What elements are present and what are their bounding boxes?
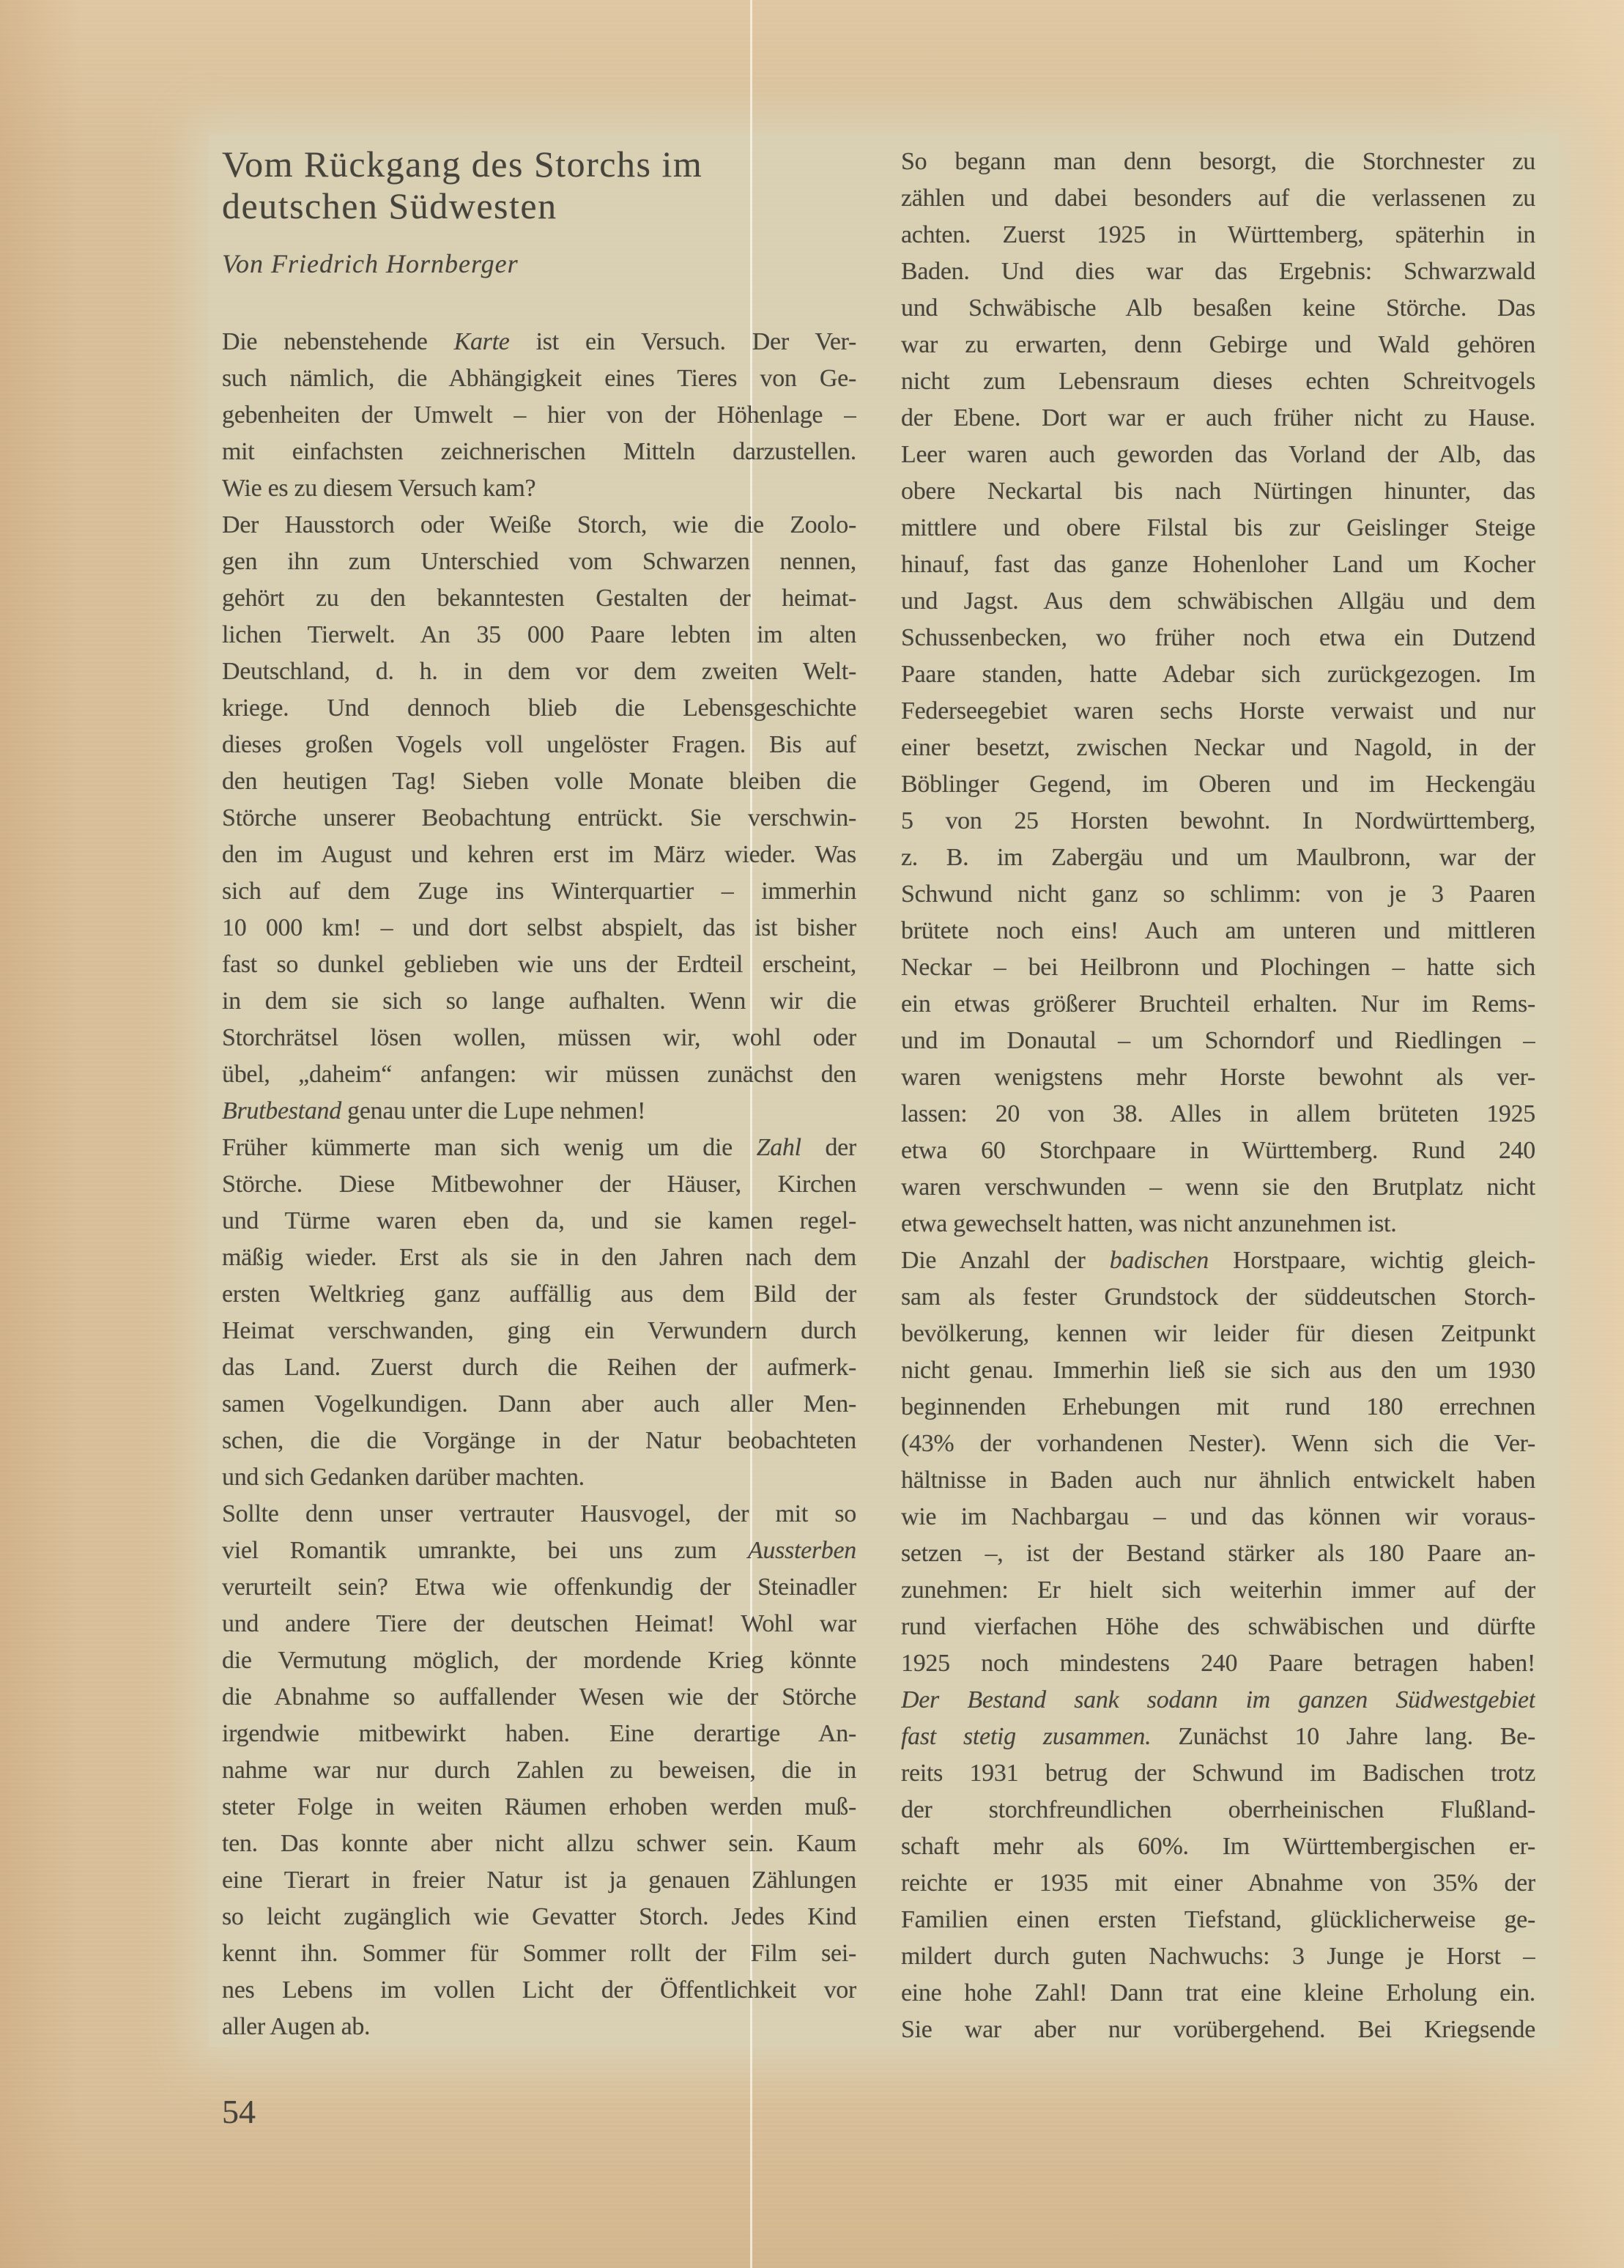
text-line: übel, „daheim“ anfangen: wir müssen zunä…: [222, 1056, 856, 1093]
text-line: Störche. Diese Mitbewohner der Häuser, K…: [222, 1166, 856, 1203]
text-line: und sich Gedanken darüber machten.: [222, 1459, 856, 1496]
text-line: ten. Das konnte aber nicht allzu schwer …: [222, 1826, 856, 1862]
text-line: nicht zum Lebensraum dieses echten Schre…: [901, 363, 1535, 400]
text-line: ersten Weltkrieg ganz auffällig aus dem …: [222, 1276, 856, 1313]
text-line: sich auf dem Zuge ins Winterquartier – i…: [222, 873, 856, 910]
text-line: mildert durch guten Nachwuchs: 3 Junge j…: [901, 1938, 1535, 1975]
text-line: gehört zu den bekanntesten Gestalten der…: [222, 580, 856, 617]
text-line: etwa 60 Storchpaare in Württemberg. Rund…: [901, 1133, 1535, 1169]
text-line: hältnisse in Baden auch nur ähnlich entw…: [901, 1462, 1535, 1499]
text-line: such nämlich, die Abhängigkeit eines Tie…: [222, 360, 856, 397]
text-line: setzen –, ist der Bestand stärker als 18…: [901, 1535, 1535, 1572]
text-line: reichte er 1935 mit einer Abnahme von 35…: [901, 1865, 1535, 1902]
text-line: das Land. Zuerst durch die Reihen der au…: [222, 1349, 856, 1386]
text-line: Die nebenstehende Karte ist ein Versuch.…: [222, 324, 856, 360]
text-line: waren verschwunden – wenn sie den Brutpl…: [901, 1169, 1535, 1206]
text-line: lichen Tierwelt. An 35 000 Paare lebten …: [222, 617, 856, 653]
text-line: gebenheiten der Umwelt – hier von der Hö…: [222, 397, 856, 434]
page-number: 54: [222, 2094, 256, 2130]
text-line: aller Augen ab.: [222, 2009, 856, 2045]
text-line: Der Bestand sank sodann im ganzen Südwes…: [901, 1682, 1535, 1719]
text-line: Leer waren auch geworden das Vorland der…: [901, 437, 1535, 473]
text-line: (43% der vorhandenen Nester). Wenn sich …: [901, 1426, 1535, 1462]
text-line: steter Folge in weiten Räumen erhoben we…: [222, 1789, 856, 1826]
article-title: Vom Rückgang des Storchs im deutschen Sü…: [222, 144, 702, 227]
text-line: ein etwas größerer Bruchteil erhalten. N…: [901, 986, 1535, 1023]
text-line: Neckar – bei Heilbronn und Plochingen – …: [901, 949, 1535, 986]
text-line: beginnenden Erhebungen mit rund 180 erre…: [901, 1389, 1535, 1426]
text-line: Brutbestand genau unter die Lupe nehmen!: [222, 1093, 856, 1130]
text-line: Baden. Und dies war das Ergebnis: Schwar…: [901, 253, 1535, 290]
text-line: den heutigen Tag! Sieben volle Monate bl…: [222, 763, 856, 800]
text-line: Heimat verschwanden, ging ein Verwundern…: [222, 1313, 856, 1349]
text-line: zunehmen: Er hielt sich weiterhin immer …: [901, 1572, 1535, 1609]
article-title-line: Vom Rückgang des Storchs im: [222, 144, 702, 185]
text-line: und im Donautal – um Schorndorf und Ried…: [901, 1023, 1535, 1059]
text-line: Die Anzahl der badischen Horstpaare, wic…: [901, 1242, 1535, 1279]
text-line: war zu erwarten, denn Gebirge und Wald g…: [901, 327, 1535, 363]
text-line: und Jagst. Aus dem schwäbischen Allgäu u…: [901, 583, 1535, 620]
text-line: Schwund nicht ganz so schlimm: von je 3 …: [901, 876, 1535, 913]
text-line: brütete noch eins! Auch am unteren und m…: [901, 913, 1535, 949]
text-line: rund vierfachen Höhe des schwäbischen un…: [901, 1609, 1535, 1645]
text-line: so leicht zugänglich wie Gevatter Storch…: [222, 1899, 856, 1935]
article-byline: Von Friedrich Hornberger: [222, 248, 519, 280]
text-line: kriege. Und dennoch blieb die Lebensgesc…: [222, 690, 856, 727]
text-line: mittlere und obere Filstal bis zur Geisl…: [901, 510, 1535, 546]
text-line: Sollte denn unser vertrauter Hausvogel, …: [222, 1496, 856, 1533]
text-line: Federseegebiet waren sechs Horste verwai…: [901, 693, 1535, 730]
text-line: lassen: 20 von 38. Alles in allem brütet…: [901, 1096, 1535, 1133]
text-line: mäßig wieder. Erst als sie in den Jahren…: [222, 1239, 856, 1276]
text-line: eine Tierart in freier Natur ist ja gena…: [222, 1862, 856, 1899]
text-line: wie im Nachbargau – und das können wir v…: [901, 1499, 1535, 1535]
text-line: und Schwäbische Alb besaßen keine Störch…: [901, 290, 1535, 327]
text-line: mit einfachsten zeichnerischen Mitteln d…: [222, 434, 856, 470]
left-text-column: Die nebenstehende Karte ist ein Versuch.…: [222, 324, 856, 2045]
text-line: z. B. im Zabergäu und um Maulbronn, war …: [901, 840, 1535, 876]
text-line: zählen und dabei besonders auf die verla…: [901, 180, 1535, 217]
text-line: nes Lebens im vollen Licht der Öffentlic…: [222, 1972, 856, 2009]
text-line: der storchfreundlichen oberrheinischen F…: [901, 1792, 1535, 1828]
text-line: waren wenigstens mehr Horste bewohnt als…: [901, 1059, 1535, 1096]
text-line: in dem sie sich so lange aufhalten. Wenn…: [222, 983, 856, 1020]
text-line: nicht genau. Immerhin ließ sie sich aus …: [901, 1352, 1535, 1389]
text-line: Früher kümmerte man sich wenig um die Za…: [222, 1130, 856, 1166]
text-line: 10 000 km! – und dort selbst abspielt, d…: [222, 910, 856, 946]
text-line: fast stetig zusammen. Zunächst 10 Jahre …: [901, 1719, 1535, 1755]
text-line: So begann man denn besorgt, die Storchne…: [901, 144, 1535, 180]
text-line: achten. Zuerst 1925 in Württemberg, spät…: [901, 217, 1535, 253]
text-line: Schussenbecken, wo früher noch etwa ein …: [901, 620, 1535, 656]
text-line: schaft mehr als 60%. Im Württembergische…: [901, 1828, 1535, 1865]
text-line: 5 von 25 Horsten bewohnt. In Nordwürttem…: [901, 803, 1535, 840]
text-line: Storchrätsel lösen wollen, müssen wir, w…: [222, 1020, 856, 1056]
text-line: den im August und kehren erst im März wi…: [222, 837, 856, 873]
text-line: und Türme waren eben da, und sie kamen r…: [222, 1203, 856, 1239]
text-line: obere Neckartal bis nach Nürtingen hinun…: [901, 473, 1535, 510]
text-line: fast so dunkel geblieben wie uns der Erd…: [222, 946, 856, 983]
text-line: dieses großen Vogels voll ungelöster Fra…: [222, 727, 856, 763]
text-line: Böblinger Gegend, im Oberen und im Hecke…: [901, 766, 1535, 803]
text-line: verurteilt sein? Etwa wie offenkundig de…: [222, 1569, 856, 1606]
text-line: irgendwie mitbewirkt haben. Eine derarti…: [222, 1716, 856, 1752]
text-line: gen ihn zum Unterschied vom Schwarzen ne…: [222, 544, 856, 580]
text-line: schen, die die Vorgänge in der Natur beo…: [222, 1423, 856, 1459]
text-line: reits 1931 betrug der Schwund im Badisch…: [901, 1755, 1535, 1792]
text-line: die Abnahme so auffallender Wesen wie de…: [222, 1679, 856, 1716]
text-line: Familien einen ersten Tiefstand, glückli…: [901, 1902, 1535, 1938]
article-title-line: deutschen Südwesten: [222, 185, 702, 227]
text-line: samen Vogelkundigen. Dann aber auch alle…: [222, 1386, 856, 1423]
text-line: Der Hausstorch oder Weiße Storch, wie di…: [222, 507, 856, 544]
text-line: sam als fester Grundstock der süddeutsch…: [901, 1279, 1535, 1316]
text-line: Störche unserer Beobachtung entrückt. Si…: [222, 800, 856, 837]
text-line: einer besetzt, zwischen Neckar und Nagol…: [901, 730, 1535, 766]
right-text-column: So begann man denn besorgt, die Storchne…: [901, 144, 1535, 2048]
text-line: bevölkerung, kennen wir leider für diese…: [901, 1316, 1535, 1352]
text-line: Sie war aber nur vorübergehend. Bei Krie…: [901, 2012, 1535, 2048]
text-line: kennt ihn. Sommer für Sommer rollt der F…: [222, 1935, 856, 1972]
text-line: Deutschland, d. h. in dem vor dem zweite…: [222, 653, 856, 690]
text-line: eine hohe Zahl! Dann trat eine kleine Er…: [901, 1975, 1535, 2012]
text-line: hinauf, fast das ganze Hohenloher Land u…: [901, 546, 1535, 583]
text-line: und andere Tiere der deutschen Heimat! W…: [222, 1606, 856, 1642]
text-line: die Vermutung möglich, der mordende Krie…: [222, 1642, 856, 1679]
text-line: Wie es zu diesem Versuch kam?: [222, 470, 856, 507]
text-line: der Ebene. Dort war er auch früher nicht…: [901, 400, 1535, 437]
text-line: 1925 noch mindestens 240 Paare betragen …: [901, 1645, 1535, 1682]
text-line: etwa gewechselt hatten, was nicht anzune…: [901, 1206, 1535, 1242]
text-line: nahme war nur durch Zahlen zu beweisen, …: [222, 1752, 856, 1789]
text-line: viel Romantik umrankte, bei uns zum Auss…: [222, 1533, 856, 1569]
text-line: Paare standen, hatte Adebar sich zurückg…: [901, 656, 1535, 693]
